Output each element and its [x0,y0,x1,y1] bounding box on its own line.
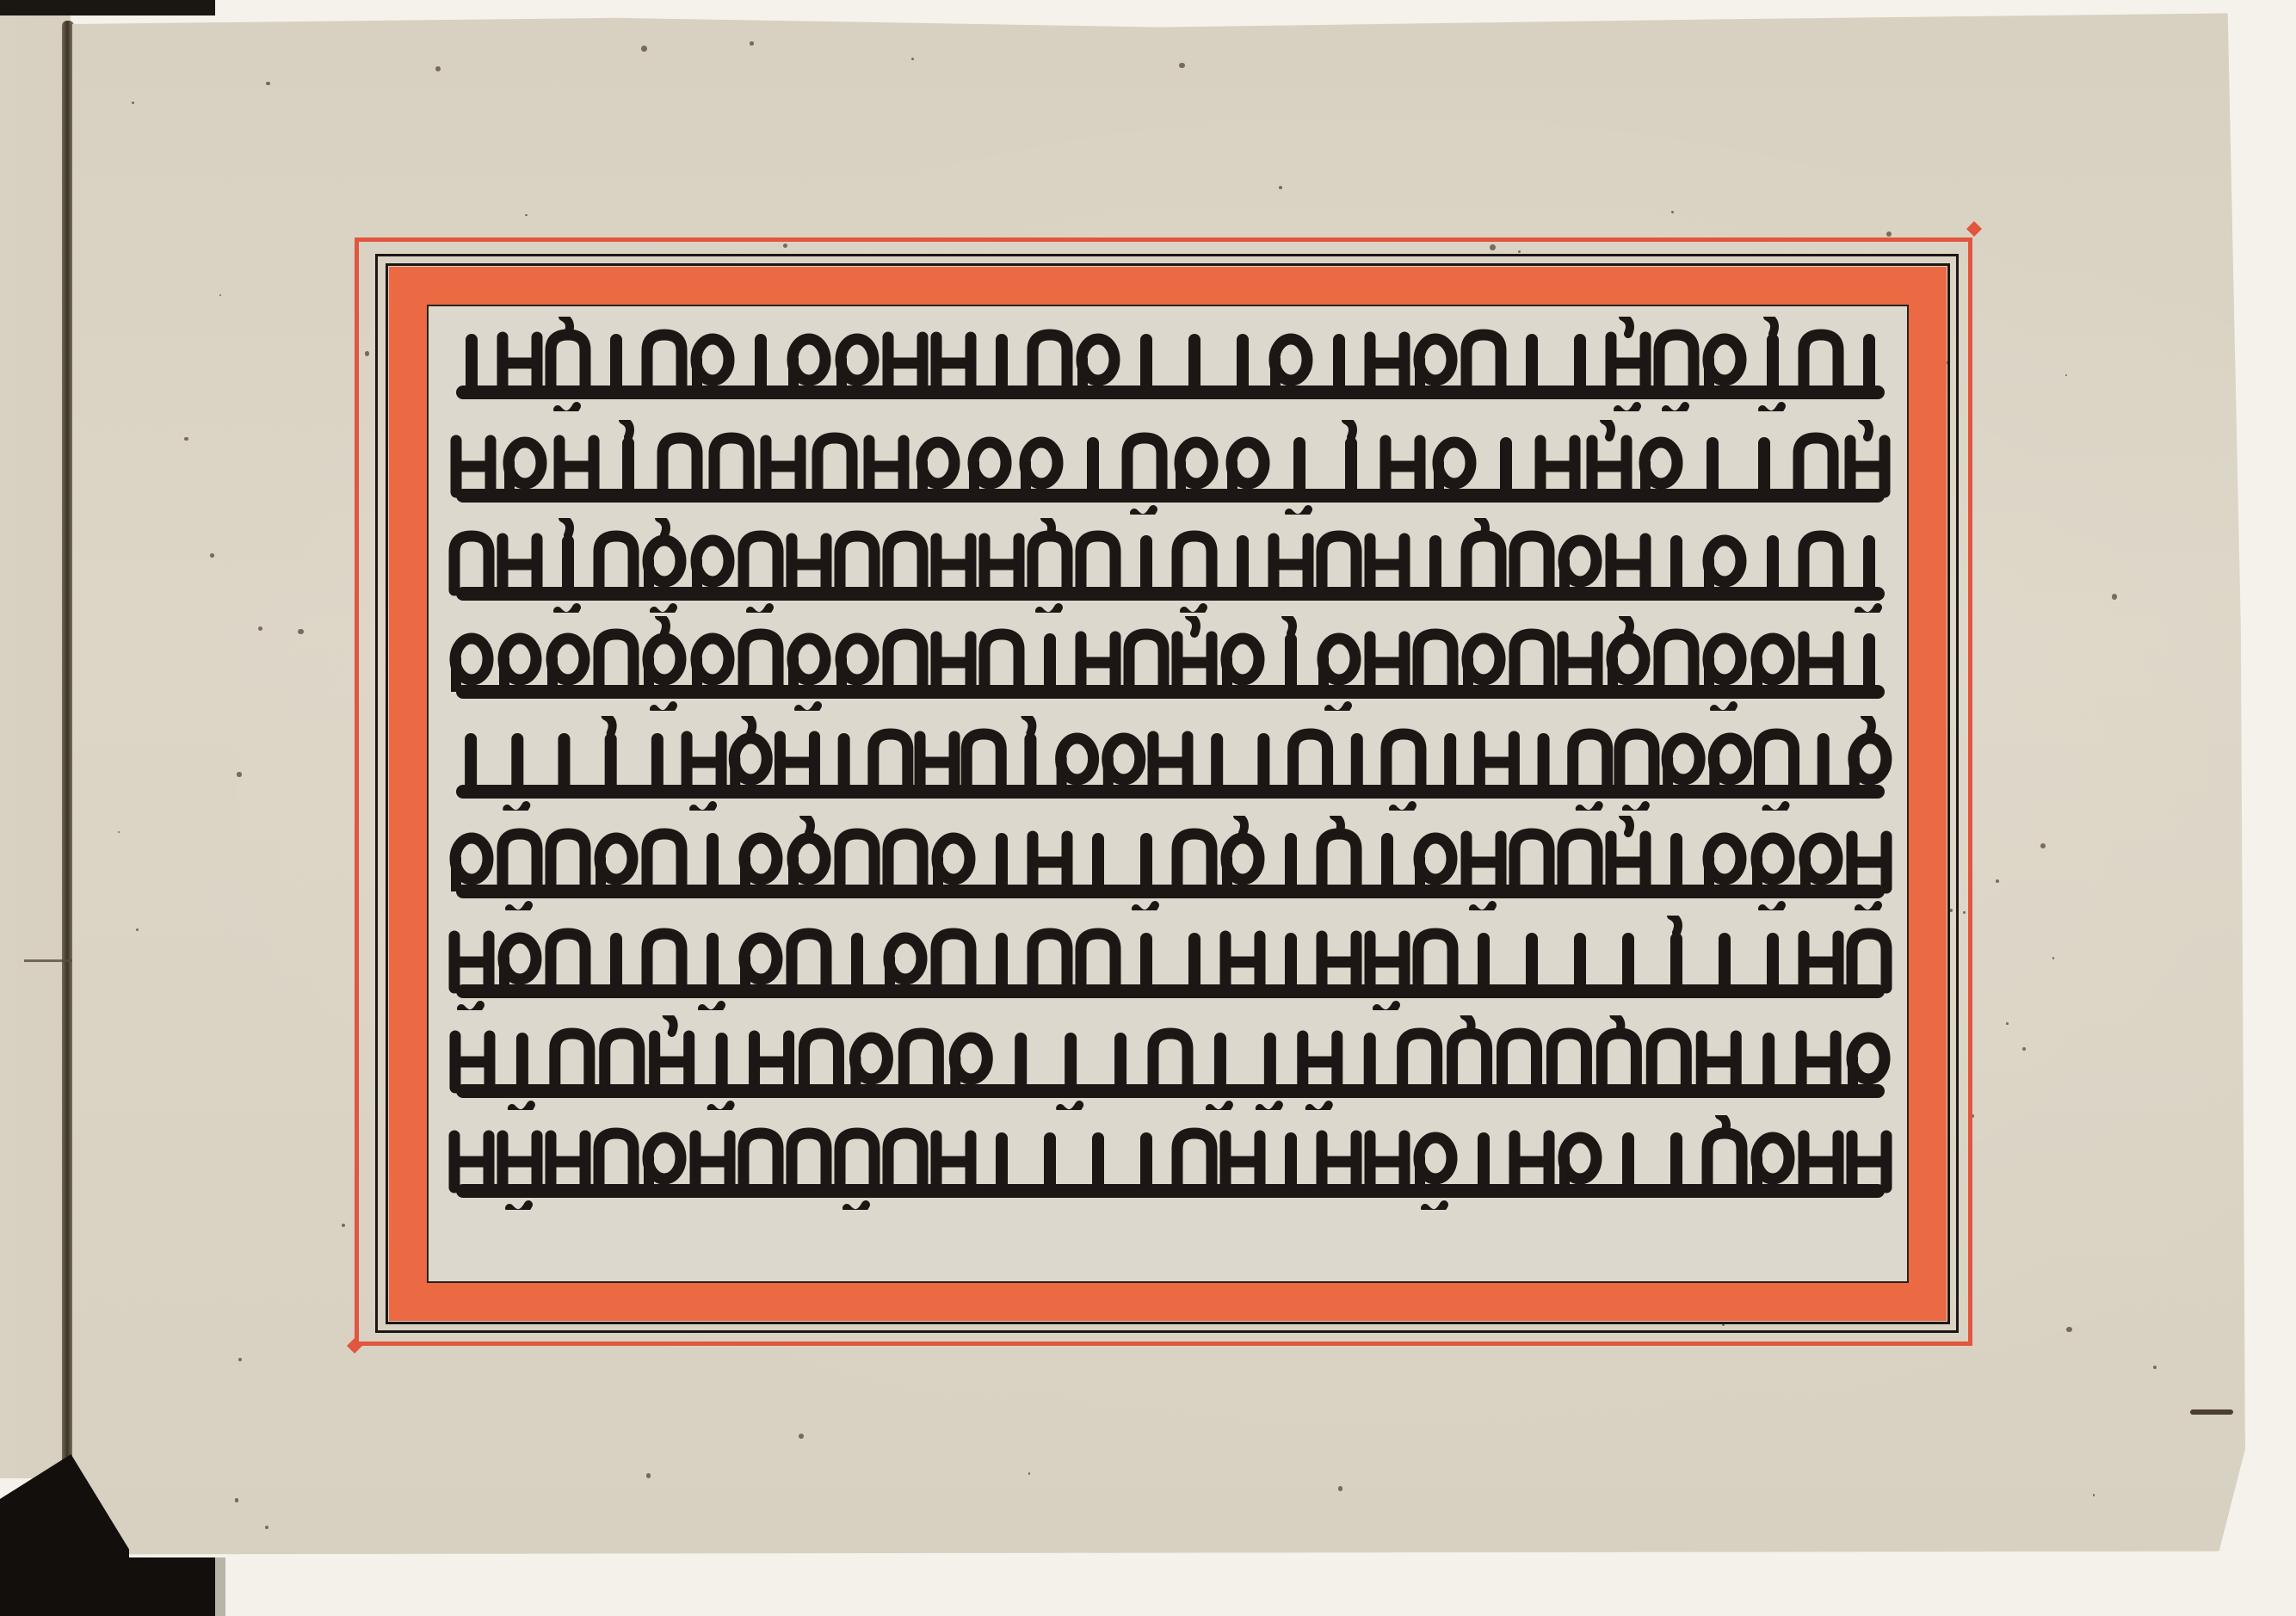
scanner-background [0,0,215,15]
line-glyphs [447,1015,1893,1110]
paper-speck [2066,1327,2072,1333]
paper-speck [911,58,914,60]
paper-speck [238,1358,242,1361]
paper-speck [2040,843,2046,848]
scanner-background [225,1561,2296,1616]
manuscript-line [447,518,1893,613]
manuscript-line [447,616,1893,711]
paper-speck [2022,1047,2026,1051]
paper-speck [1028,1472,1031,1475]
paper-speck [1886,231,1892,237]
paper-speck [525,214,527,216]
line-glyphs [447,616,1893,711]
paper-speck [435,66,441,71]
paper-speck [2052,957,2055,959]
paper-speck [2065,374,2067,376]
paper-speck [2093,1494,2095,1496]
ink-mark [2190,1409,2233,1415]
line-glyphs [447,916,1893,1010]
line-glyphs [447,816,1893,910]
manuscript-line [447,317,1893,411]
line-glyphs [447,518,1893,613]
line-glyphs [447,317,1893,411]
paper-speck [219,294,221,296]
paper-speck [750,41,754,46]
paper-speck [641,46,646,51]
paper-speck [646,1473,651,1478]
paper-speck [136,928,139,932]
paper-speck [237,772,241,776]
paper-speck [799,1434,804,1439]
paper-speck [298,629,304,635]
manuscript-line [447,420,1893,515]
paper-speck [426,10,429,13]
paper-speck [1671,211,1674,213]
scanner-background [0,1557,215,1616]
paper-speck [210,553,213,557]
paper-speck [118,831,120,833]
binding-gutter [62,21,74,1475]
line-glyphs [447,716,1893,811]
paper-speck [266,82,269,85]
paper-speck [1338,1486,1343,1491]
manuscript-line [447,1015,1893,1110]
paper-speck [2112,594,2117,599]
previous-page-edge [0,15,71,1478]
scanner-background [215,1557,225,1616]
paper-speck [1179,63,1185,69]
paper-speck [235,1498,238,1502]
paper-speck [1279,186,1282,189]
manuscript-line [447,1115,1893,1210]
manuscript-line [447,716,1893,811]
manuscript-line [447,816,1893,910]
line-glyphs [447,1115,1893,1210]
paper-speck [258,626,262,631]
paper-speck [184,437,188,441]
paper-speck [2006,1022,2009,1025]
paper-speck [2153,1366,2157,1369]
line-glyphs [447,420,1893,515]
paper-speck [265,1526,268,1529]
paper-speck [342,1224,345,1227]
paper-speck [132,102,135,105]
manuscript-line [447,916,1893,1010]
paper-speck [1996,879,1999,883]
